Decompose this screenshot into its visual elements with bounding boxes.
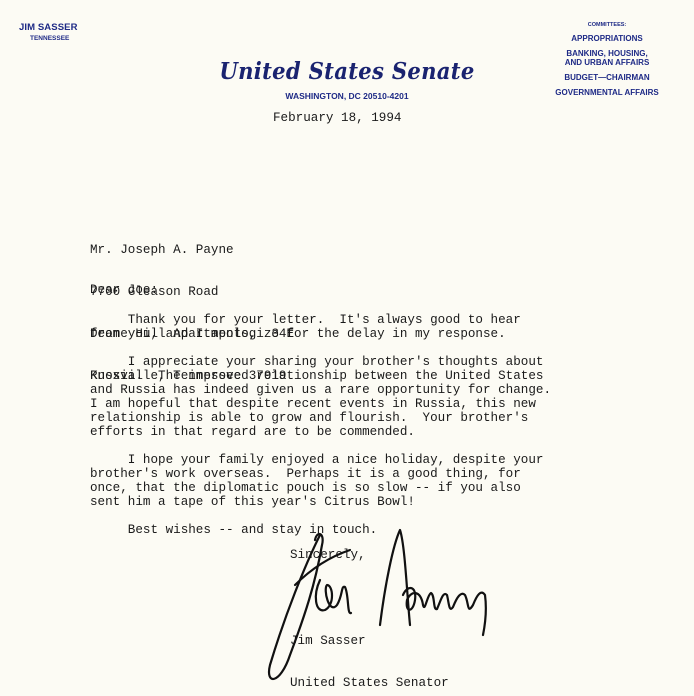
body-paragraph: Thank you for your letter. It's always g… [90,313,551,341]
recipient-line: Mr. Joseph A. Payne [90,243,294,257]
committees-heading: COMMITTEES: [532,22,682,28]
sender-state: TENNESSEE [30,35,69,42]
institution-title: United States Senate [28,58,666,85]
letter-body: Thank you for your letter. It's always g… [90,313,551,551]
body-paragraph: I hope your family enjoyed a nice holida… [90,453,551,509]
letter-date: February 18, 1994 [273,111,401,125]
body-line: I hope your family enjoyed a nice holida… [90,453,551,467]
body-line: and Russia has indeed given us a rare op… [90,383,551,397]
signer-block: Jim Sasser United States Senator [290,606,449,696]
committee-item: APPROPRIATIONS [532,34,682,43]
body-line: Thank you for your letter. It's always g… [90,313,551,327]
body-line: relationship is able to grow and flouris… [90,411,551,425]
institution-address: WASHINGTON, DC 20510-4201 [0,91,694,101]
body-paragraph: Best wishes -- and stay in touch. [90,523,551,537]
body-line: from you, and I apologize for the delay … [90,327,551,341]
body-line: once, that the diplomatic pouch is so sl… [90,481,551,495]
closing: Sincerely, [290,548,366,562]
body-line: sent him a tape of this year's Citrus Bo… [90,495,551,509]
salutation: Dear Joe: [90,283,158,297]
body-line: I appreciate your sharing your brother's… [90,355,551,369]
signer-title: United States Senator [290,676,449,690]
body-line: Russia. The improved relationship betwee… [90,369,551,383]
signer-name: Jim Sasser [290,634,449,648]
body-line: brother's work overseas. Perhaps it is a… [90,467,551,481]
body-line: I am hopeful that despite recent events … [90,397,551,411]
body-line: Best wishes -- and stay in touch. [90,523,551,537]
sender-name: JIM SASSER [19,22,78,33]
body-line: efforts in that regard are to be commend… [90,425,551,439]
body-paragraph: I appreciate your sharing your brother's… [90,355,551,439]
